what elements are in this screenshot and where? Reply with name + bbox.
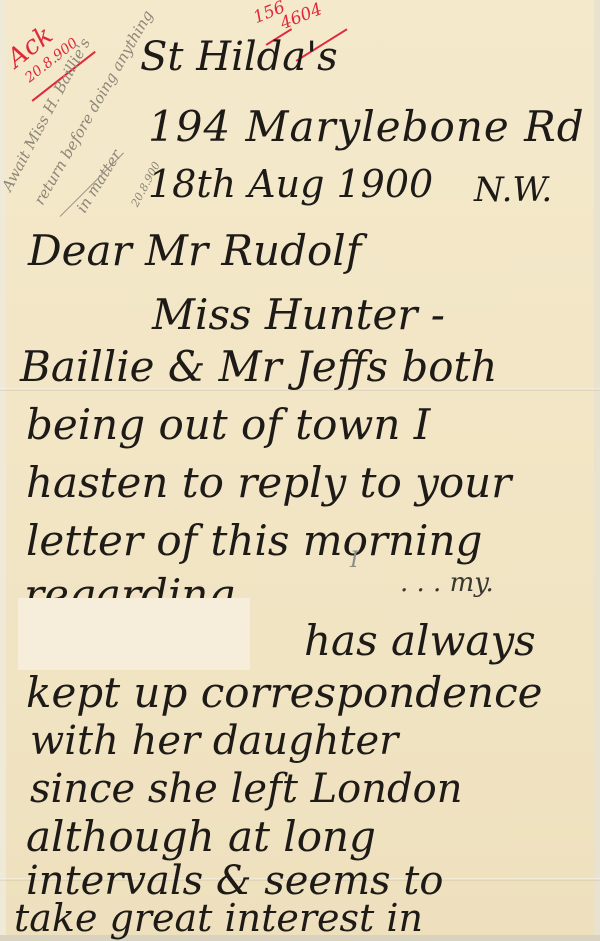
- redacted-block: [18, 598, 250, 670]
- body-line: Baillie & Mr Jeffs both: [20, 342, 497, 391]
- street-address: 194 Marylebone Rd: [148, 102, 585, 151]
- letter-date: 18th Aug 1900: [148, 162, 433, 206]
- body-line: with her daughter: [30, 718, 398, 764]
- body-line: letter of this morning: [26, 516, 482, 565]
- body-line: Miss Hunter -: [152, 290, 445, 339]
- body-line: although at long: [26, 812, 376, 861]
- house-name: St Hilda's: [140, 34, 338, 80]
- letter-page: Ack 20.8.900 156 4604 Await Miss H. Bail…: [0, 0, 600, 941]
- body-line: being out of town I: [26, 400, 430, 449]
- postal-district: N.W.: [474, 170, 552, 210]
- page-left-edge: [0, 0, 6, 941]
- salutation: Dear Mr Rudolf: [28, 226, 361, 275]
- body-line: hasten to reply to your: [26, 458, 511, 507]
- body-line: has always: [304, 616, 536, 665]
- pencil-insertion-mark: I: [350, 548, 359, 573]
- body-line: take great interest in: [14, 896, 423, 940]
- body-line: kept up correspondence: [26, 668, 542, 717]
- redaction-tail: . . . my.: [400, 568, 494, 598]
- red-reference-bottom: 4604: [278, 0, 326, 34]
- body-line: since she left London: [30, 766, 462, 812]
